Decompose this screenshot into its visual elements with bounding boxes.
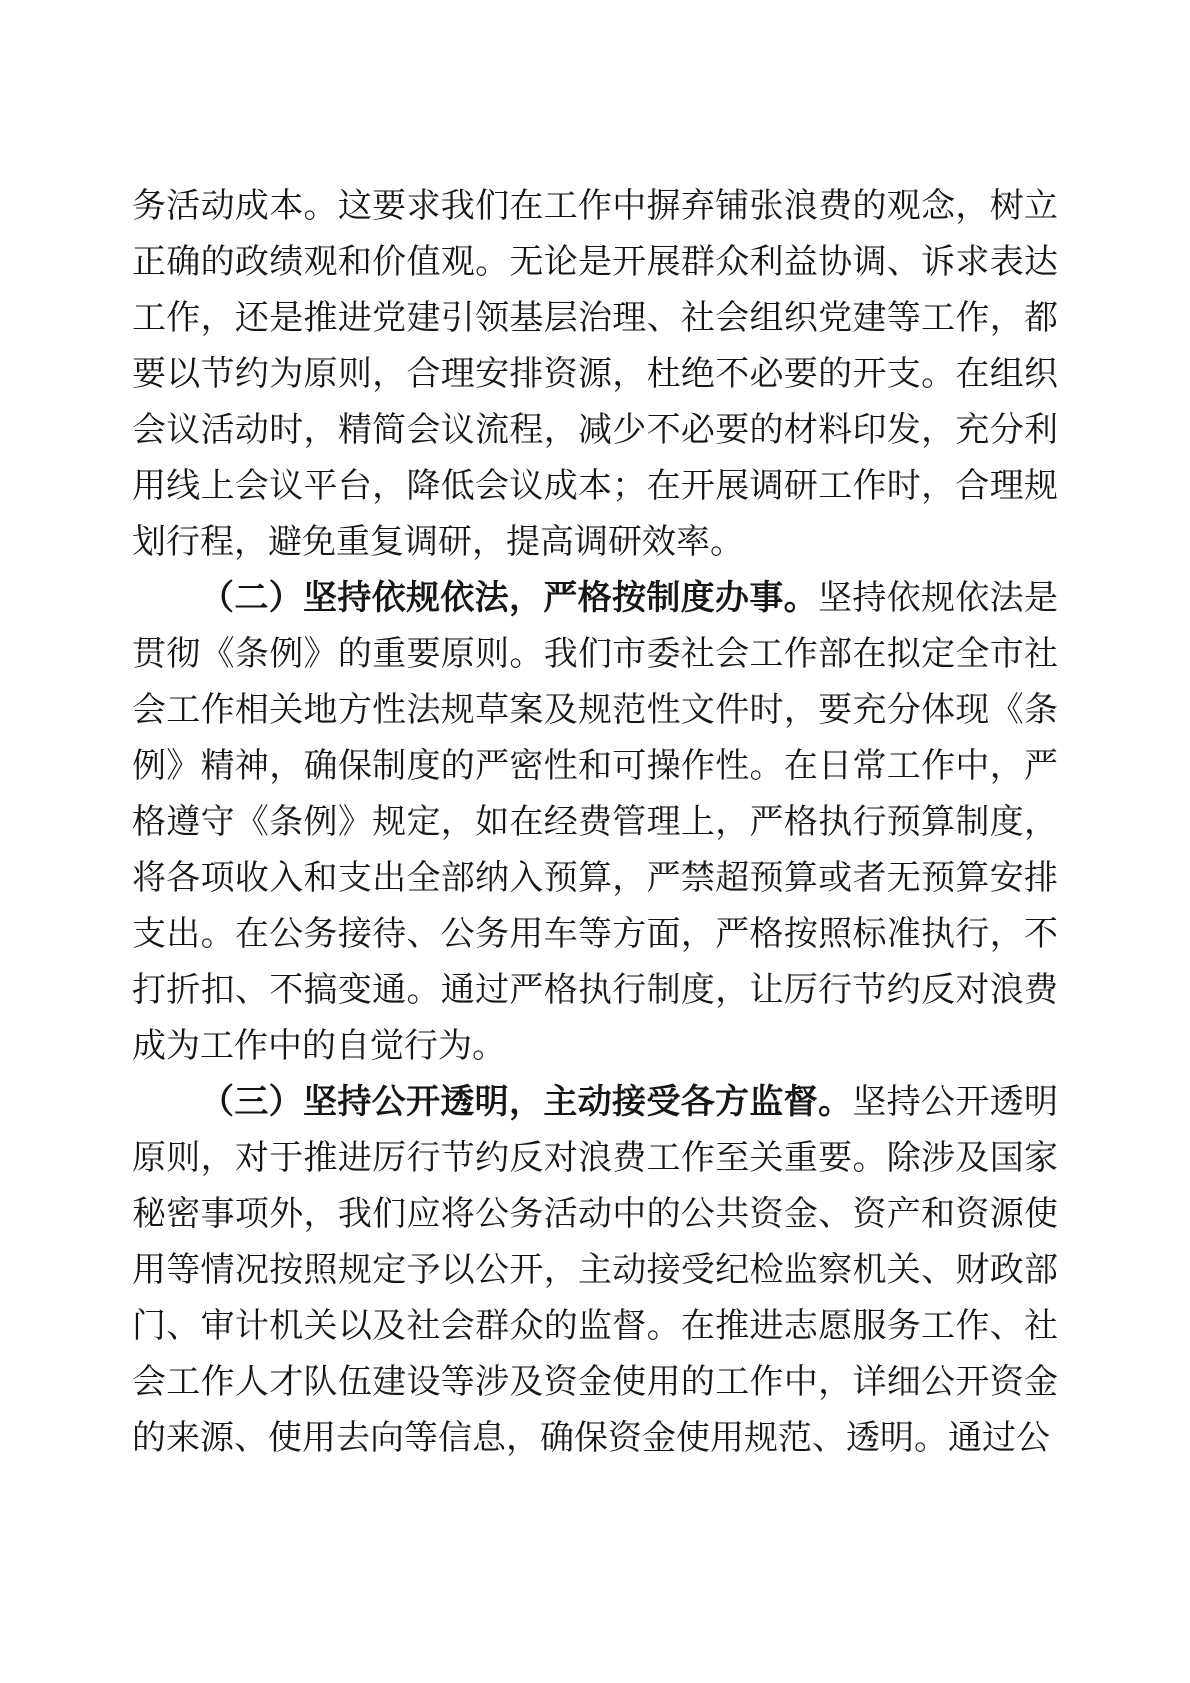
paragraph-lead: （三）坚持公开透明，主动接受各方监督。 [200,1084,852,1121]
paragraph-body: 务活动成本。这要求我们在工作中摒弃铺张浪费的观念，树立正确的政绩观和价值观。无论… [132,188,1058,561]
paragraph-section-3: （三）坚持公开透明，主动接受各方监督。坚持公开透明原则，对于推进厉行节约反对浪费… [132,1075,1058,1467]
paragraph-lead: （二）坚持依规依法，严格按制度办事。 [200,580,818,617]
paragraph-body: 坚持依规依法是贯彻《条例》的重要原则。我们市委社会工作部在拟定全市社会工作相关地… [132,580,1058,1065]
document-page: 务活动成本。这要求我们在工作中摒弃铺张浪费的观念，树立正确的政绩观和价值观。无论… [0,0,1190,1683]
paragraph-section-2: （二）坚持依规依法，严格按制度办事。坚持依规依法是贯彻《条例》的重要原则。我们市… [132,571,1058,1075]
document-text-block: 务活动成本。这要求我们在工作中摒弃铺张浪费的观念，树立正确的政绩观和价值观。无论… [132,179,1058,1467]
paragraph-continuation: 务活动成本。这要求我们在工作中摒弃铺张浪费的观念，树立正确的政绩观和价值观。无论… [132,179,1058,571]
paragraph-body: 坚持公开透明原则，对于推进厉行节约反对浪费工作至关重要。除涉及国家秘密事项外，我… [132,1084,1058,1457]
